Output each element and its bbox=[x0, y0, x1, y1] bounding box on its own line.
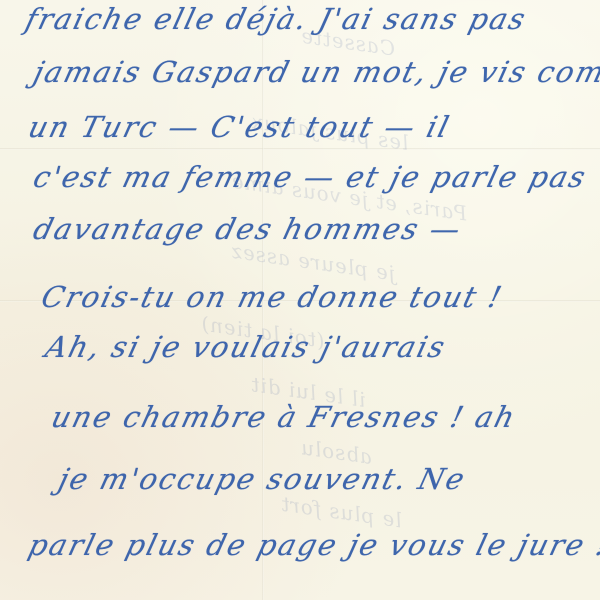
handwritten-line: davantage des hommes — bbox=[30, 212, 466, 246]
handwritten-line: fraiche elle déjà. J'ai sans pas bbox=[22, 2, 531, 36]
fold-line-horizontal bbox=[0, 148, 600, 150]
handwritten-line: je m'occupe souvent. Ne bbox=[55, 462, 470, 496]
handwritten-line: Crois-tu on me donne tout ! bbox=[38, 280, 507, 314]
handwritten-line: c'est ma femme — et je parle pas bbox=[30, 160, 591, 194]
handwritten-line: parle plus de page je vous le jure ! bbox=[25, 528, 600, 562]
handwritten-line: jamais Gaspard un mot, je vis comme bbox=[30, 55, 600, 89]
handwritten-line: un Turc — C'est tout — il bbox=[25, 110, 454, 144]
handwritten-line: une chambre à Fresnes ! ah bbox=[48, 400, 520, 434]
handwritten-line: Ah, si je voulais j'aurais bbox=[42, 330, 450, 364]
